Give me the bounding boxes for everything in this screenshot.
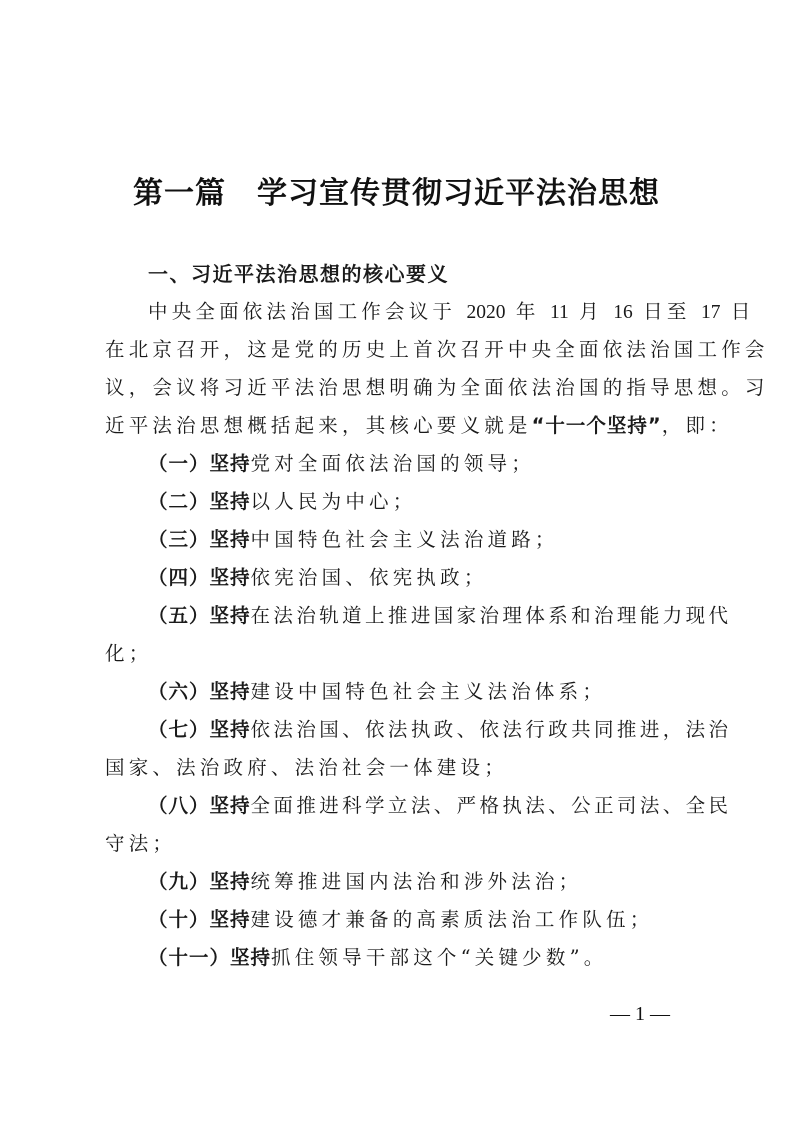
item-label: （五）坚持 xyxy=(148,604,251,627)
intro-text: 中央全面依法治国工作会议于 xyxy=(148,300,467,323)
item-text: 建设德才兼备的高素质法治工作队伍； xyxy=(251,908,654,931)
list-item-continuation: 守法； xyxy=(105,828,695,865)
intro-text: 日 xyxy=(720,300,754,323)
intro-text: 近平法治思想概括起来，其核心要义就是 xyxy=(105,414,532,437)
item-text: 依宪治国、依宪执政； xyxy=(251,566,488,589)
list-item: （九）坚持统筹推进国内法治和涉外法治； xyxy=(148,866,695,903)
item-label: （九）坚持 xyxy=(148,870,251,893)
item-label: （一）坚持 xyxy=(148,452,251,475)
item-label: （二）坚持 xyxy=(148,490,251,513)
list-item-continuation: 化； xyxy=(105,638,695,675)
list-item: （十一）坚持抓住领导干部这个“关键少数”。 xyxy=(148,942,695,979)
intro-text: 日至 xyxy=(633,300,701,323)
item-label: （七）坚持 xyxy=(148,718,251,741)
item-text: 中国特色社会主义法治道路； xyxy=(251,528,559,551)
page-title: 第一篇 学习宣传贯彻习近平法治思想 xyxy=(0,168,793,212)
day-end: 17 xyxy=(701,302,721,323)
intro-text: ，即： xyxy=(662,414,733,437)
intro-text: 月 xyxy=(569,300,614,323)
item-label: （六）坚持 xyxy=(148,680,251,703)
month: 11 xyxy=(550,302,569,323)
item-label: （十）坚持 xyxy=(148,908,251,931)
year: 2020 xyxy=(467,302,506,323)
intro-text: 年 xyxy=(506,300,551,323)
item-text: 在法治轨道上推进国家治理体系和治理能力现代 xyxy=(251,604,732,627)
page-number: — 1 — xyxy=(600,1003,680,1026)
item-text: 以人民为中心； xyxy=(251,490,417,513)
list-item-continuation: 国家、法治政府、法治社会一体建设； xyxy=(105,752,695,789)
list-item: （十）坚持建设德才兼备的高素质法治工作队伍； xyxy=(148,904,695,941)
item-label: （四）坚持 xyxy=(148,566,251,589)
eleven-adherences-emphasis: “十一个坚持” xyxy=(532,414,662,437)
day-start: 16 xyxy=(613,302,633,323)
item-text: 建设中国特色社会主义法治体系； xyxy=(251,680,607,703)
intro-line-3: 议，会议将习近平法治思想明确为全面依法治国的指导思想。习 xyxy=(105,372,695,409)
item-text: 全面推进科学立法、严格执法、公正司法、全民 xyxy=(251,794,732,817)
item-text: 统筹推进国内法治和涉外法治； xyxy=(251,870,583,893)
intro-line-1: 中央全面依法治国工作会议于 2020 年 11 月 16 日至 17 日 xyxy=(148,296,695,333)
item-label: （十一）坚持 xyxy=(148,946,271,969)
document-page: 第一篇 学习宣传贯彻习近平法治思想 一、习近平法治思想的核心要义 中央全面依法治… xyxy=(0,0,793,1122)
list-item: （四）坚持依宪治国、依宪执政； xyxy=(148,562,695,599)
section-heading: 一、习近平法治思想的核心要义 xyxy=(148,258,695,295)
item-label: （三）坚持 xyxy=(148,528,251,551)
list-item: （三）坚持中国特色社会主义法治道路； xyxy=(148,524,695,561)
list-item: （五）坚持在法治轨道上推进国家治理体系和治理能力现代 xyxy=(148,600,695,637)
list-item: （七）坚持依法治国、依法执政、依法行政共同推进，法治 xyxy=(148,714,695,751)
list-item: （八）坚持全面推进科学立法、严格执法、公正司法、全民 xyxy=(148,790,695,827)
item-text: 依法治国、依法执政、依法行政共同推进，法治 xyxy=(251,718,732,741)
list-item: （六）坚持建设中国特色社会主义法治体系； xyxy=(148,676,695,713)
intro-line-2: 在北京召开，这是党的历史上首次召开中央全面依法治国工作会 xyxy=(105,334,695,371)
intro-line-4: 近平法治思想概括起来，其核心要义就是“十一个坚持”，即： xyxy=(105,410,695,447)
list-item: （一）坚持党对全面依法治国的领导； xyxy=(148,448,695,485)
item-text: 党对全面依法治国的领导； xyxy=(251,452,535,475)
list-item: （二）坚持以人民为中心； xyxy=(148,486,695,523)
item-label: （八）坚持 xyxy=(148,794,251,817)
item-text: 抓住领导干部这个“关键少数”。 xyxy=(271,946,607,969)
